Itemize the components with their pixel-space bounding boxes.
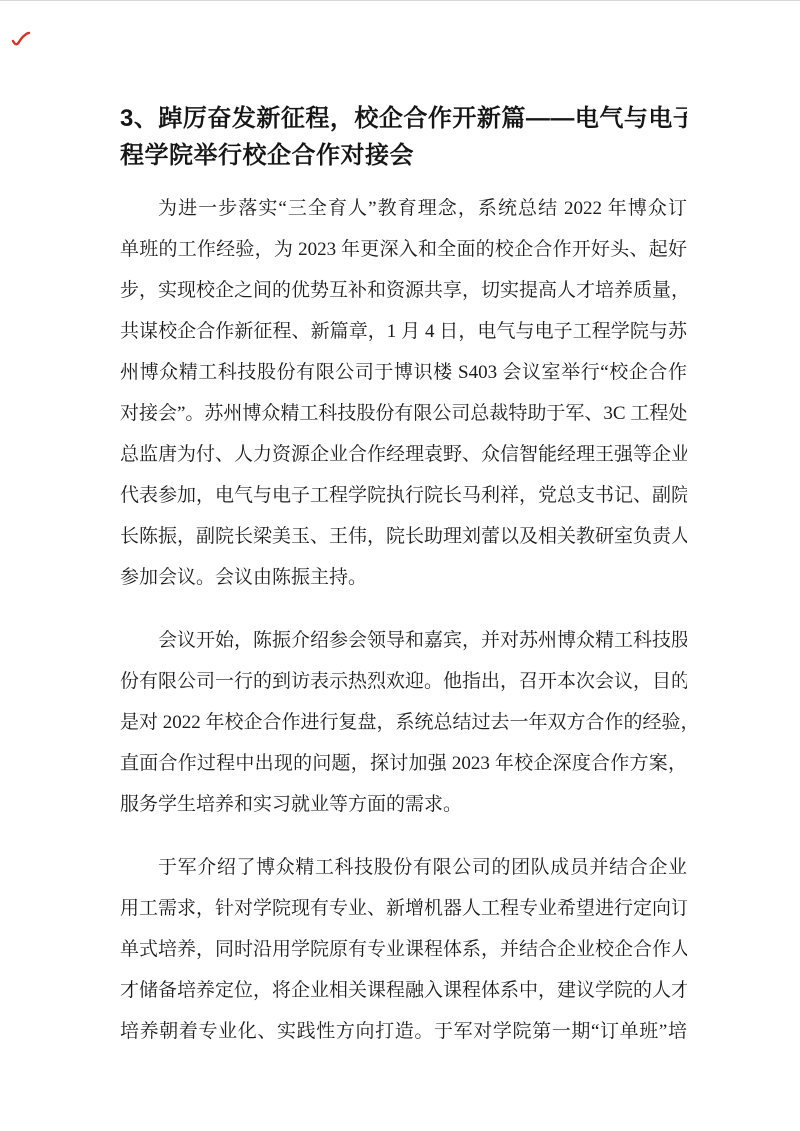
document-page: 3、踔厉奋发新征程，校企合作开新篇——电气与电子工 程学院举行校企合作对接会 为… [0, 0, 800, 1131]
body-line: 单班的工作经验，为 2023 年更深入和全面的校企合作开好头、起好 [120, 229, 687, 270]
body-line: 份有限公司一行的到访表示热烈欢迎。他指出，召开本次会议，目的 [120, 661, 687, 702]
body-line: 用工需求，针对学院现有专业、新增机器人工程专业希望进行定向订 [120, 888, 687, 929]
document-title: 3、踔厉奋发新征程，校企合作开新篇——电气与电子工 程学院举行校企合作对接会 [120, 100, 687, 174]
body-line: 参加会议。会议由陈振主持。 [120, 557, 687, 598]
title-line: 程学院举行校企合作对接会 [120, 137, 687, 174]
body-line: 对接会”。苏州博众精工科技股份有限公司总裁特助于军、3C 工程处 [120, 393, 687, 434]
page-content: 3、踔厉奋发新征程，校企合作开新篇——电气与电子工 程学院举行校企合作对接会 为… [120, 1, 687, 1052]
red-annotation-mark-icon [10, 29, 32, 51]
body-line: 代表参加，电气与电子工程学院执行院长马利祥，党总支书记、副院 [120, 475, 687, 516]
body-line: 直面合作过程中出现的问题，探讨加强 2023 年校企深度合作方案， [120, 743, 687, 784]
body-line: 会议开始，陈振介绍参会领导和嘉宾，并对苏州博众精工科技股 [120, 620, 687, 661]
paragraph: 会议开始，陈振介绍参会领导和嘉宾，并对苏州博众精工科技股 份有限公司一行的到访表… [120, 620, 687, 825]
title-line: 3、踔厉奋发新征程，校企合作开新篇——电气与电子工 [120, 100, 687, 137]
document-body: 为进一步落实“三全育人”教育理念，系统总结 2022 年博众订 单班的工作经验，… [120, 188, 687, 1052]
body-line: 单式培养，同时沿用学院原有专业课程体系，并结合企业校企合作人 [120, 929, 687, 970]
body-line: 培养朝着专业化、实践性方向打造。于军对学院第一期“订单班”培 [120, 1011, 687, 1052]
body-line: 才储备培养定位，将企业相关课程融入课程体系中，建议学院的人才 [120, 970, 687, 1011]
body-line: 长陈振，副院长梁美玉、王伟，院长助理刘蕾以及相关教研室负责人 [120, 516, 687, 557]
body-line: 为进一步落实“三全育人”教育理念，系统总结 2022 年博众订 [120, 188, 687, 229]
body-line: 共谋校企合作新征程、新篇章，1 月 4 日，电气与电子工程学院与苏 [120, 311, 687, 352]
paragraph: 于军介绍了博众精工科技股份有限公司的团队成员并结合企业 用工需求，针对学院现有专… [120, 847, 687, 1052]
body-line: 总监唐为付、人力资源企业合作经理袁野、众信智能经理王强等企业 [120, 434, 687, 475]
body-line: 步，实现校企之间的优势互补和资源共享，切实提高人才培养质量， [120, 270, 687, 311]
body-line: 于军介绍了博众精工科技股份有限公司的团队成员并结合企业 [120, 847, 687, 888]
body-line: 服务学生培养和实习就业等方面的需求。 [120, 784, 687, 825]
body-line: 是对 2022 年校企合作进行复盘，系统总结过去一年双方合作的经验， [120, 702, 687, 743]
paragraph: 为进一步落实“三全育人”教育理念，系统总结 2022 年博众订 单班的工作经验，… [120, 188, 687, 598]
body-line: 州博众精工科技股份有限公司于博识楼 S403 会议室举行“校企合作 [120, 352, 687, 393]
